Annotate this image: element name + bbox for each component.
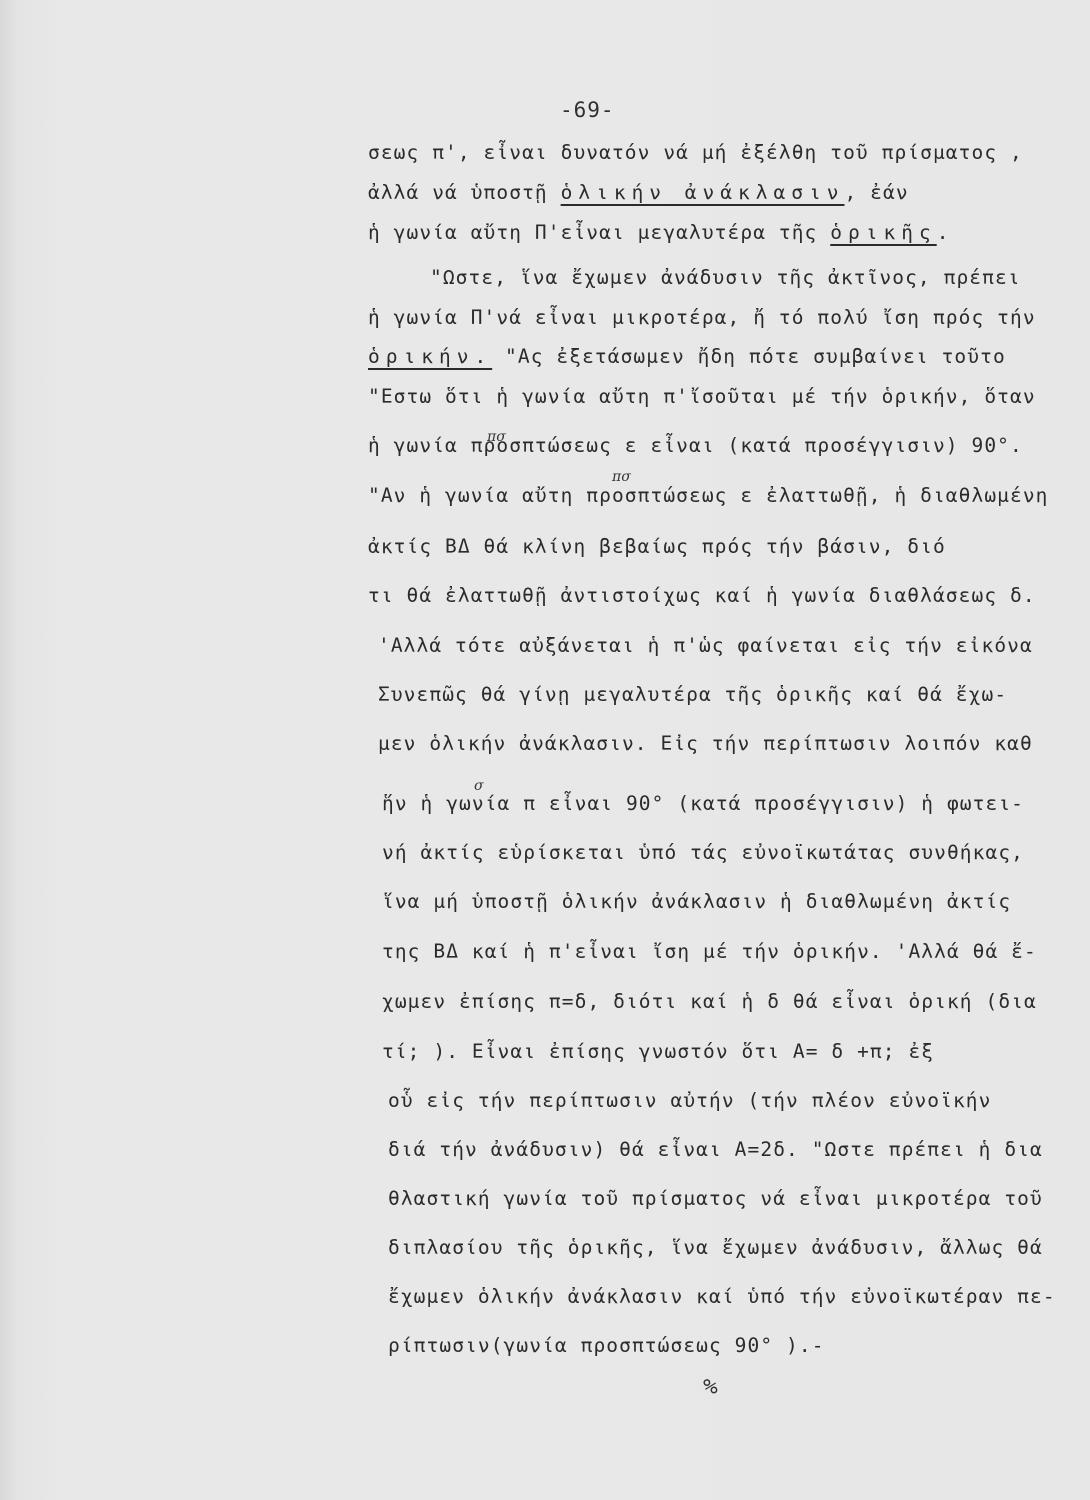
scanned-page: -69- σεως π', εἶναι δυνατόν νά μή ἐξέλθη…	[0, 0, 1090, 1500]
line-text: "Ωστε, ἵνα ἔχωμεν ἀνάδυσιν τῆς ἀκτῖνος, …	[430, 266, 1021, 289]
line-text: ἵνα μή ὑποστῇ ὁλικήν ἀνάκλασιν ἡ διαθλωμ…	[382, 890, 1011, 913]
text-line: τί; ). Εἶναι ἐπίσης γνωστόν ὅτι Α= δ +π;…	[382, 1040, 934, 1063]
line-text: νή ἀκτίς εὑρίσκεται ὑπό τάς εὐνοϊκωτάτας…	[382, 841, 1024, 864]
line-text: "Ας ἐξετάσωμεν ἤδη πότε συμβαίνει τοῦτο	[492, 345, 1006, 368]
line-text: "Αν ἡ γωνία αὔτη προσπτώσεως ε ἐλαττωθῇ,…	[368, 484, 1049, 507]
line-text: διπλασίου τῆς ὁρικῆς, ἵνα ἔχωμεν ἀνάδυσι…	[388, 1236, 1043, 1259]
text-line: ὁρικήν. "Ας ἐξετάσωμεν ἤδη πότε συμβαίνε…	[368, 345, 1006, 368]
line-text: ἀλλά νά ὑποστῇ	[368, 181, 561, 204]
text-line: θλαστική γωνία τοῦ πρίσματος νά εἶναι μι…	[388, 1187, 1043, 1210]
handwritten-correction: πσ	[487, 429, 506, 445]
handwritten-correction: πσ	[612, 469, 631, 485]
line-text: ἡ γωνία αὔτη Π'εἶναι μεγαλυτέρα τῆς	[368, 221, 830, 244]
text-line: ἵνα μή ὑποστῇ ὁλικήν ἀνάκλασιν ἡ διαθλωμ…	[382, 890, 1011, 913]
line-text: 'Αλλά τότε αὐξάνεται ἡ π'ὡς φαίνεται εἰς…	[378, 634, 1033, 657]
line-text: διά τήν ἀνάδυσιν) θά εἶναι Α=2δ. "Ωστε π…	[388, 1138, 1043, 1161]
text-line: "Ωστε, ἵνα ἔχωμεν ἀνάδυσιν τῆς ἀκτῖνος, …	[430, 266, 1021, 289]
line-text: οὗ εἰς τήν περίπτωσιν αὐτήν (τήν πλέον ε…	[388, 1089, 991, 1112]
line-text: .	[937, 221, 950, 244]
line-text: τί; ). Εἶναι ἐπίσης γνωστόν ὅτι Α= δ +π;…	[382, 1040, 934, 1063]
text-line: νή ἀκτίς εὑρίσκεται ὑπό τάς εὐνοϊκωτάτας…	[382, 841, 1024, 864]
line-text: χωμεν ἐπίσης π=δ, διότι καί ἡ δ θά εἶναι…	[382, 990, 1037, 1013]
line-text: σεως π', εἶναι δυνατόν νά μή ἐξέλθη τοῦ …	[368, 141, 1023, 164]
text-line: ἔχωμεν ὁλικήν ἀνάκλασιν καί ὑπό τήν εὐνο…	[388, 1285, 1056, 1308]
line-text: Συνεπῶς θά γίνῃ μεγαλυτέρα τῆς ὁρικῆς κα…	[378, 683, 1007, 706]
line-text: τι θά ἐλαττωθῇ ἀντιστοίχως καί ἡ γωνία δ…	[368, 584, 1036, 607]
underlined-term: ὁρικήν.	[368, 345, 492, 368]
text-line: τι θά ἐλαττωθῇ ἀντιστοίχως καί ἡ γωνία δ…	[368, 584, 1036, 607]
text-line: ἀλλά νά ὑποστῇ ὁλικήν ἀνάκλασιν, ἐάν	[368, 181, 909, 204]
text-line: "Αν ἡ γωνία αὔτη προσπτώσεως ε ἐλαττωθῇ,…	[368, 484, 1049, 507]
text-line: οὗ εἰς τήν περίπτωσιν αὐτήν (τήν πλέον ε…	[388, 1089, 991, 1112]
text-line: ἀκτίς ΒΔ θά κλίνη βεβαίως πρός τήν βάσιν…	[368, 535, 946, 558]
line-text: μεν ὁλικήν ἀνάκλασιν. Εἰς τήν περίπτωσιν…	[378, 732, 1033, 755]
text-line: χωμεν ἐπίσης π=δ, διότι καί ἡ δ θά εἶναι…	[382, 990, 1037, 1013]
text-line: της ΒΔ καί ἡ π'εἶναι ἴση μέ τήν ὁρικήν. …	[382, 940, 1037, 963]
line-text: ρίπτωσιν(γωνία προσπτώσεως 90° ).-	[388, 1334, 825, 1357]
text-line: "Εστω ὅτι ἡ γωνία αὔτη π'ἴσοῦται μέ τήν …	[368, 385, 1036, 408]
text-line: διά τήν ἀνάδυσιν) θά εἶναι Α=2δ. "Ωστε π…	[388, 1138, 1043, 1161]
footer-mark: %	[702, 1374, 719, 1401]
underlined-term: ὁλικήν ἀνάκλασιν	[561, 181, 845, 204]
line-text: ἀκτίς ΒΔ θά κλίνη βεβαίως πρός τήν βάσιν…	[368, 535, 946, 558]
text-line: ἡ γωνία Π'νά εἶναι μικροτέρα, ἤ τό πολύ …	[368, 306, 1036, 329]
underlined-term: ὁρικῆς	[830, 221, 936, 244]
text-line: ἥν ἡ γωνία π εἶναι 90° (κατά προσέγγισιν…	[382, 792, 1024, 815]
line-text: ἔχωμεν ὁλικήν ἀνάκλασιν καί ὑπό τήν εὐνο…	[388, 1285, 1056, 1308]
text-line: μεν ὁλικήν ἀνάκλασιν. Εἰς τήν περίπτωσιν…	[378, 732, 1033, 755]
line-text: της ΒΔ καί ἡ π'εἶναι ἴση μέ τήν ὁρικήν. …	[382, 940, 1037, 963]
handwritten-correction: σ	[474, 778, 484, 794]
text-line: ρίπτωσιν(γωνία προσπτώσεως 90° ).-	[388, 1334, 825, 1357]
page-number: -69-	[560, 98, 615, 122]
line-text: "Εστω ὅτι ἡ γωνία αὔτη π'ἴσοῦται μέ τήν …	[368, 385, 1036, 408]
line-text: ἡ γωνία προσπτώσεως ε εἶναι (κατά προσέγ…	[368, 434, 1023, 457]
text-line: σεως π', εἶναι δυνατόν νά μή ἐξέλθη τοῦ …	[368, 141, 1023, 164]
line-text: θλαστική γωνία τοῦ πρίσματος νά εἶναι μι…	[388, 1187, 1043, 1210]
text-line: Συνεπῶς θά γίνῃ μεγαλυτέρα τῆς ὁρικῆς κα…	[378, 683, 1007, 706]
text-line: ἡ γωνία προσπτώσεως ε εἶναι (κατά προσέγ…	[368, 434, 1023, 457]
text-line: διπλασίου τῆς ὁρικῆς, ἵνα ἔχωμεν ἀνάδυσι…	[388, 1236, 1043, 1259]
text-line: 'Αλλά τότε αὐξάνεται ἡ π'ὡς φαίνεται εἰς…	[378, 634, 1033, 657]
text-line: ἡ γωνία αὔτη Π'εἶναι μεγαλυτέρα τῆς ὁρικ…	[368, 221, 950, 244]
line-text: ἡ γωνία Π'νά εἶναι μικροτέρα, ἤ τό πολύ …	[368, 306, 1036, 329]
line-text: , ἐάν	[844, 181, 908, 204]
line-text: ἥν ἡ γωνία π εἶναι 90° (κατά προσέγγισιν…	[382, 792, 1024, 815]
